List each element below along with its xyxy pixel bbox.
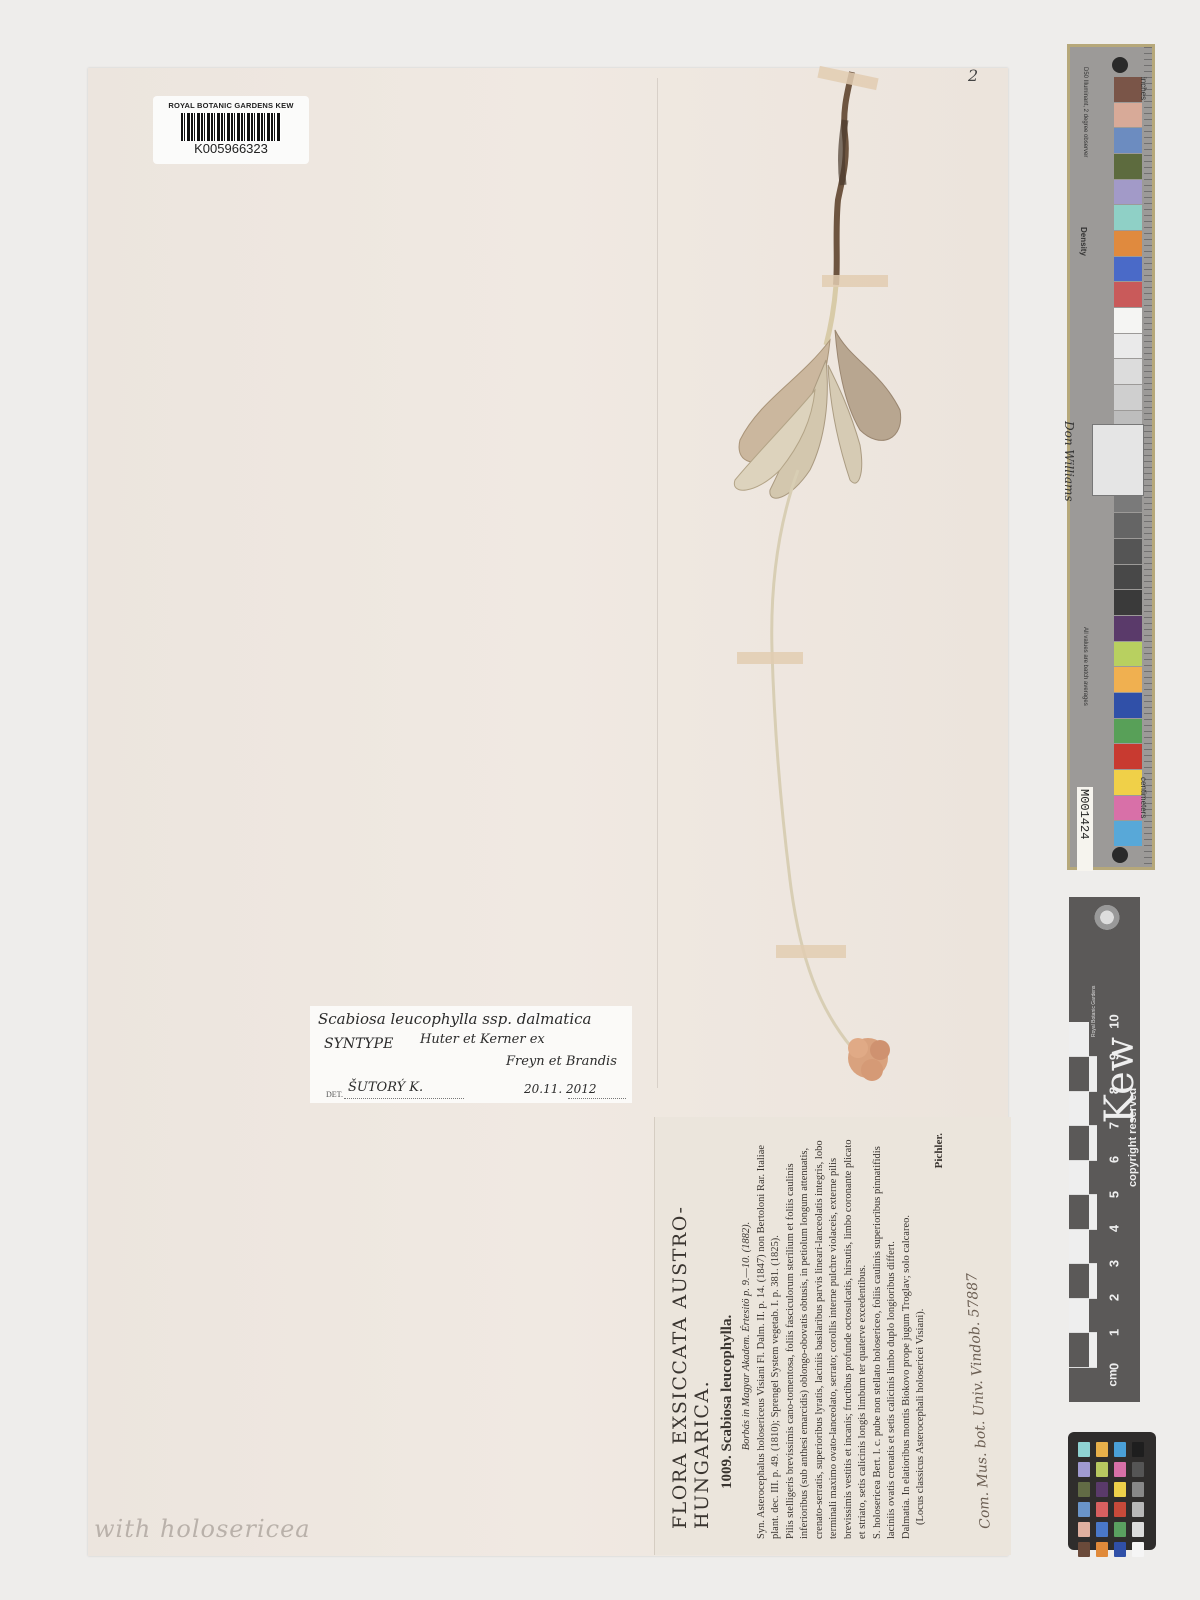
color-checker-chip <box>1096 1502 1108 1517</box>
pencil-annotation: with holosericea <box>94 1515 311 1543</box>
ruler-brand: Don Williams <box>1062 421 1076 502</box>
ruler-color-swatch <box>1114 77 1142 102</box>
mounting-tape <box>822 275 888 287</box>
collector-name: Pichler. <box>933 1133 945 1539</box>
color-checker-chip <box>1078 1462 1090 1477</box>
ruler-color-swatch <box>1114 693 1142 718</box>
synonymy-text: Syn. Asterocephalus holosericeus Visiani… <box>755 1133 784 1539</box>
ruler-color-swatch <box>1114 334 1142 359</box>
kew-scale-segment <box>1089 1091 1097 1126</box>
det-type-status: SYNTYPE <box>324 1036 393 1052</box>
kew-scale-segment <box>1089 1160 1097 1195</box>
color-checker-chip <box>1132 1542 1144 1557</box>
color-checker-chip <box>1096 1542 1108 1557</box>
kew-scale-number: 3 <box>1107 1253 1122 1273</box>
ruler-illuminant-note: D50 Illuminant, 2 degree observer <box>1082 67 1088 157</box>
mounting-tape <box>776 945 846 958</box>
ruler-color-swatch <box>1114 770 1142 795</box>
kew-scale-segment <box>1089 1126 1097 1161</box>
det-taxon-name: Scabiosa leucophylla ssp. dalmatica <box>318 1010 591 1028</box>
kew-copyright: copyright reserved <box>1127 1088 1139 1187</box>
color-checker-chip <box>1132 1442 1144 1457</box>
kew-scale-bar: Royal Botanic Gardens Kew 012345678910 c… <box>1069 897 1140 1402</box>
kew-scale-segment <box>1089 1333 1097 1368</box>
authority-citation: Borbás in Magyar Akadem. Értesitö p. 9.—… <box>740 1133 755 1539</box>
handwritten-annotation: Com. Mus. bot. Univ. Vindob. 57887 <box>964 1272 993 1529</box>
kew-scale-segment <box>1069 1057 1089 1092</box>
ruler-color-swatch <box>1114 821 1142 846</box>
kew-scale-number: 7 <box>1107 1115 1122 1135</box>
ruler-insert <box>1092 424 1144 496</box>
det-dotted-line <box>568 1098 626 1099</box>
kew-scale-number: 4 <box>1107 1219 1122 1239</box>
color-checker-chip <box>1078 1442 1090 1457</box>
ruler-color-swatch <box>1114 744 1142 769</box>
color-checker-chip <box>1096 1482 1108 1497</box>
ruler-color-swatch <box>1114 590 1142 615</box>
kew-scale-segment <box>1069 1229 1089 1264</box>
ruler-color-swatch <box>1114 359 1142 384</box>
kew-scale-segment <box>1069 1264 1089 1299</box>
kew-scale-segment <box>1069 1298 1089 1333</box>
ruler-color-swatch <box>1114 180 1142 205</box>
locus-classicus-text: (Locus classicus Asterocephali holoseric… <box>914 1133 929 1539</box>
ruler-color-swatch <box>1114 642 1142 667</box>
color-checker-chip <box>1096 1522 1108 1537</box>
ruler-color-swatch <box>1114 154 1142 179</box>
color-checker-chip <box>1078 1522 1090 1537</box>
kew-scale-segment <box>1069 1195 1089 1230</box>
ruler-color-swatch <box>1114 205 1142 230</box>
kew-scale-segment <box>1089 1264 1097 1299</box>
kew-scale-number: 1 <box>1107 1322 1122 1342</box>
kew-scale-segment <box>1089 1298 1097 1333</box>
color-checker-chip <box>1114 1522 1126 1537</box>
color-checker-chip <box>1078 1502 1090 1517</box>
ruler-hole-icon <box>1112 847 1128 863</box>
ruler-color-swatch <box>1114 539 1142 564</box>
mounting-tape <box>737 652 803 664</box>
kew-scale-segment <box>1069 1160 1089 1195</box>
plant-specimen-icon <box>0 0 1200 1600</box>
kew-unit: cm <box>1106 1369 1120 1386</box>
ruler-label-cm: centimeters <box>1139 777 1148 818</box>
kew-scale-segment <box>1069 1022 1089 1057</box>
ruler-color-swatch <box>1114 719 1142 744</box>
kew-scale-segment <box>1089 1022 1097 1057</box>
color-checker-chip <box>1078 1542 1090 1557</box>
kew-scale-number: 2 <box>1107 1288 1122 1308</box>
kew-scale-number: 9 <box>1107 1046 1122 1066</box>
color-checker-chip <box>1132 1502 1144 1517</box>
ruler-color-swatch <box>1114 257 1142 282</box>
det-determiner: ŠUTORÝ K. <box>348 1080 423 1095</box>
ruler-color-swatch <box>1114 565 1142 590</box>
royal-crest-icon <box>1093 903 1121 935</box>
ruler-color-swatch <box>1114 231 1142 256</box>
kew-scale-segment <box>1069 1333 1089 1368</box>
ruler-color-swatch <box>1114 128 1142 153</box>
color-checker-chip <box>1096 1442 1108 1457</box>
color-checker-card <box>1068 1432 1156 1550</box>
kew-scale-segment <box>1069 1126 1089 1161</box>
kew-scale-number: 5 <box>1107 1184 1122 1204</box>
ruler-color-swatch <box>1114 796 1142 821</box>
color-checker-chip <box>1114 1542 1126 1557</box>
kew-scale-segment <box>1089 1229 1097 1264</box>
color-checker-chip <box>1132 1462 1144 1477</box>
ruler-color-swatch <box>1114 513 1142 538</box>
series-title: FLORA EXSICCATA AUSTRO-HUNGARICA. <box>669 1133 713 1529</box>
det-authors-1: Huter et Kerner ex <box>420 1032 545 1047</box>
color-checker-chip <box>1114 1502 1126 1517</box>
color-checker-chip <box>1096 1462 1108 1477</box>
ruler-color-swatch <box>1114 282 1142 307</box>
determination-slip: Scabiosa leucophylla ssp. dalmatica SYNT… <box>310 1006 632 1103</box>
kew-scale-segment <box>1069 1091 1089 1126</box>
printed-exsiccata-label: FLORA EXSICCATA AUSTRO-HUNGARICA. 1009. … <box>654 1117 1011 1555</box>
color-checker-chip <box>1078 1482 1090 1497</box>
color-checker-chip <box>1114 1442 1126 1457</box>
comparison-text: S. holosericea Bert. l. c. pube non stel… <box>871 1133 900 1539</box>
printed-label-content: FLORA EXSICCATA AUSTRO-HUNGARICA. 1009. … <box>655 1117 1011 1555</box>
ruler-hole-icon <box>1112 57 1128 73</box>
kew-scale-number: 6 <box>1107 1150 1122 1170</box>
ruler-color-swatch <box>1114 103 1142 128</box>
ruler-density-label: Density <box>1079 227 1088 256</box>
locality-text: Dalmatia. In elatioribus montis Biokovo … <box>900 1133 915 1539</box>
color-checker-chip <box>1132 1482 1144 1497</box>
det-date: 20.11. 2012 <box>524 1082 597 1096</box>
color-checker-chip <box>1114 1482 1126 1497</box>
ruler-color-swatch <box>1114 667 1142 692</box>
kew-scale-number: 10 <box>1107 1012 1122 1032</box>
color-checker-chip <box>1132 1522 1144 1537</box>
kew-scale-number: 8 <box>1107 1081 1122 1101</box>
ruler-weight-note: All values are batch averages <box>1082 627 1088 706</box>
ruler-label-inches: inches <box>1139 77 1148 100</box>
ruler-id-label: M001424 <box>1077 787 1093 871</box>
det-prefix: DET. <box>326 1090 343 1099</box>
ruler-tick-scale <box>1144 47 1152 867</box>
ruler-color-swatch <box>1114 308 1142 333</box>
kew-scale-segment <box>1089 1195 1097 1230</box>
color-calibration-ruler: inches centimeters Density D50 Illuminan… <box>1067 44 1155 870</box>
det-authors-2: Freyn et Brandis <box>506 1054 617 1069</box>
ruler-color-swatch <box>1114 616 1142 641</box>
species-heading: 1009. Scabiosa leucophylla. <box>719 1133 736 1489</box>
description-text: Pilis stelligeris brevissimis cano-tomen… <box>784 1133 871 1539</box>
ruler-color-swatch <box>1114 385 1142 410</box>
kew-scale-segment <box>1089 1057 1097 1092</box>
det-dotted-line <box>344 1098 464 1099</box>
color-checker-chip <box>1114 1462 1126 1477</box>
